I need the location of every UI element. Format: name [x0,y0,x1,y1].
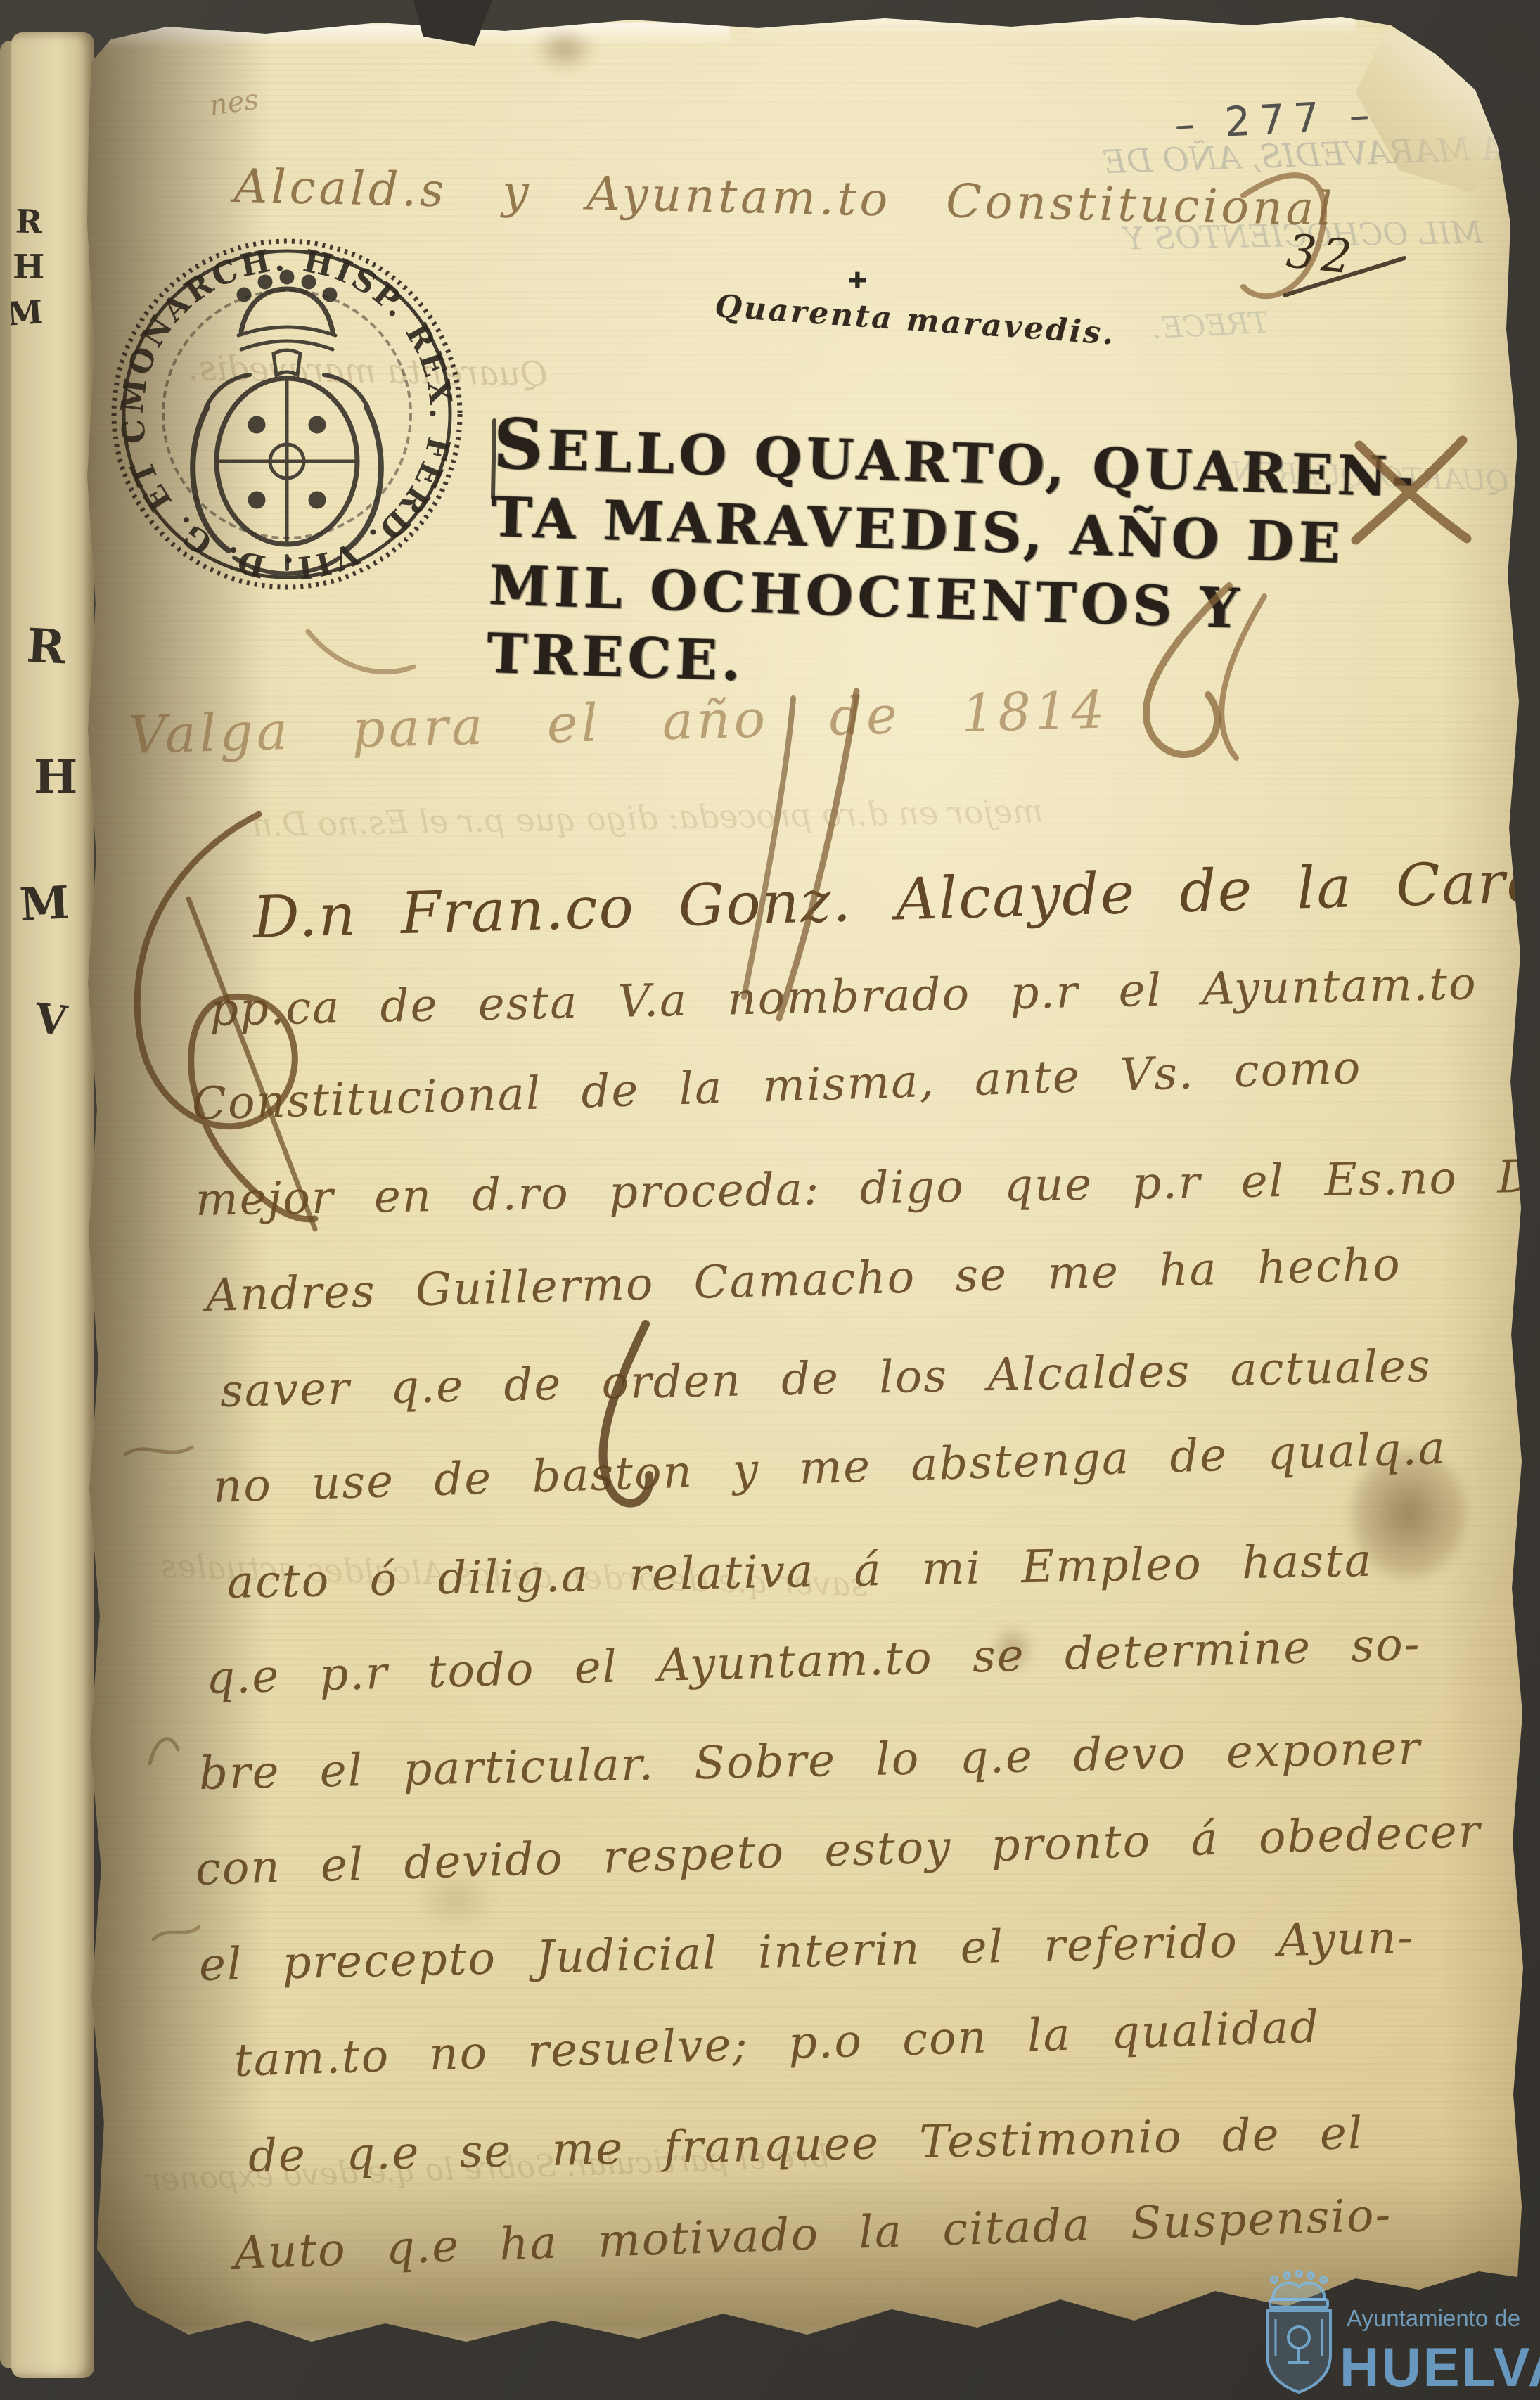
archival-scan: { "document": { "folio_number": "– 277 –… [0,0,1540,2400]
folio-number-pencil: – 277 – [1173,90,1379,148]
bleedthrough-text: TA MARAVEDIS, AÑO DE [1102,129,1525,181]
body-line: acto ó dilig.a relativa á mi Empleo hast… [226,1535,1373,1609]
bleedthrough-text: TRECE. [1151,305,1270,346]
manuscript-page: TA MARAVEDIS, AÑO DE MIL OCHOCIENTOS Y T… [83,13,1532,2381]
manuscript-body: D.n Fran.co Gonz. Alcayde de la Carcel p… [83,13,1532,2381]
stamp-value-line: Quarenta maravedis. [714,288,1117,352]
body-line: mejor en d.ro proceda: digo que p.r el E… [195,1150,1540,1226]
revalidation-line: Valga para el año de 1814 [128,680,1109,766]
watermark-line2: HUELVA [1340,2336,1540,2398]
huelva-crest-icon: Ayuntamiento de HUELVA [1252,2270,1540,2400]
body-line: de q.e se me franquee Testimonio de el [248,2107,1364,2183]
ink-stain [533,27,596,72]
file-number-ink: 32 [1284,224,1359,285]
stamp-fragment-letter: M [11,293,44,333]
stamp-line: SELLO QUARTO, QUAREN- [492,410,1420,512]
paper-deckle-edge [97,23,730,50]
bleedthrough-text: MIL OCHOCIENTOS Y [1124,215,1483,257]
body-line: Constitucional de la misma, ante Vs. com… [191,1042,1363,1131]
watermark-line1: Ayuntamiento de [1347,2305,1520,2331]
corner-annotation: nes [207,83,261,122]
gutter-shadow [83,13,273,2381]
underlying-page-edge-outer [0,41,25,2368]
body-line: pp.ca de esta V.a nombrado p.r el Ayunta… [209,958,1477,1037]
stamp-fragment-letter: V [33,994,70,1045]
bleedthrough-text: bre el particular. Sobre lo q.e devo exp… [146,2138,829,2198]
corner-fold [1356,31,1522,193]
paper-deckle-edge [751,17,1356,37]
bleedthrough-text: SELLO QUARTO, QUAREN- [1221,456,1540,502]
seal-coat-of-arms [193,272,381,574]
bottom-shadow [83,2170,1532,2381]
bleedthrough-text: saver q.e de orden de los Alcaldes actua… [160,1547,868,1603]
stamp-line: TA MARAVEDIS, AÑO DE [490,483,1418,580]
seal-legend: MONARCH. HISP. REX. FERD. VII. D. G. ET … [101,226,458,586]
royal-seal-ferdinand-vii: MONARCH. HISP. REX. FERD. VII. D. G. ET … [101,226,473,605]
body-line: bre el particular. Sobre lo q.e devo exp… [198,1723,1422,1800]
stamp-line: MIL OCHOCIENTOS Y [488,551,1416,648]
stamp-line: TRECE. [486,620,1413,717]
body-line: q.e p.r todo el Ayuntam.to se determine … [205,1619,1421,1705]
body-line: el precepto Judicial interin el referido… [198,1912,1415,1991]
stamp-fragment-letter: M [18,876,71,932]
body-line: Andres Guillermo Camacho se me ha hecho [205,1239,1401,1322]
ink-stain [1349,1447,1468,1581]
body-line: Auto q.e ha motivado la citada Suspensio… [233,2189,1392,2280]
archive-watermark: Ayuntamiento de HUELVA [1252,2270,1540,2400]
body-line: D.n Fran.co Gonz. Alcayde de la Carcel [252,847,1540,951]
bleedthrough-text: mejor en d.ro proceda: digo que p.r el E… [252,792,1044,844]
body-line: con el devido respeto estoy pronto á obe… [195,1806,1482,1896]
underlying-page-edge: R H M R H M V [11,32,94,2378]
ink-flourishes [83,13,1532,2381]
foxing-spot [413,1869,498,1932]
body-line: saver q.e de orden de los Alcaldes actua… [219,1340,1432,1418]
backing-flap [413,0,492,52]
stamp-cross-icon: ✚ [848,267,867,294]
torn-edge-highlight [83,2325,1532,2381]
stamp-fragment-letter: R [25,618,67,675]
stamp-fragment-letter: H [13,248,44,287]
ink-stain [990,1623,1035,1675]
stamp-fragment-letter: R [15,202,43,240]
bleedthrough-text: Quarenta maravedis. [188,349,548,394]
revenue-stamp-text: SELLO QUARTO, QUAREN- TA MARAVEDIS, AÑO … [486,410,1420,717]
body-line: no use de baston y me abstenga de qualq.… [212,1423,1447,1513]
header-line: Alcald.s y Ayuntam.to Constitucional [233,159,1336,236]
stamp-fragment-letter: H [34,750,77,804]
body-line: tam.to no resuelve; p.o con la qualidad [233,2001,1321,2086]
